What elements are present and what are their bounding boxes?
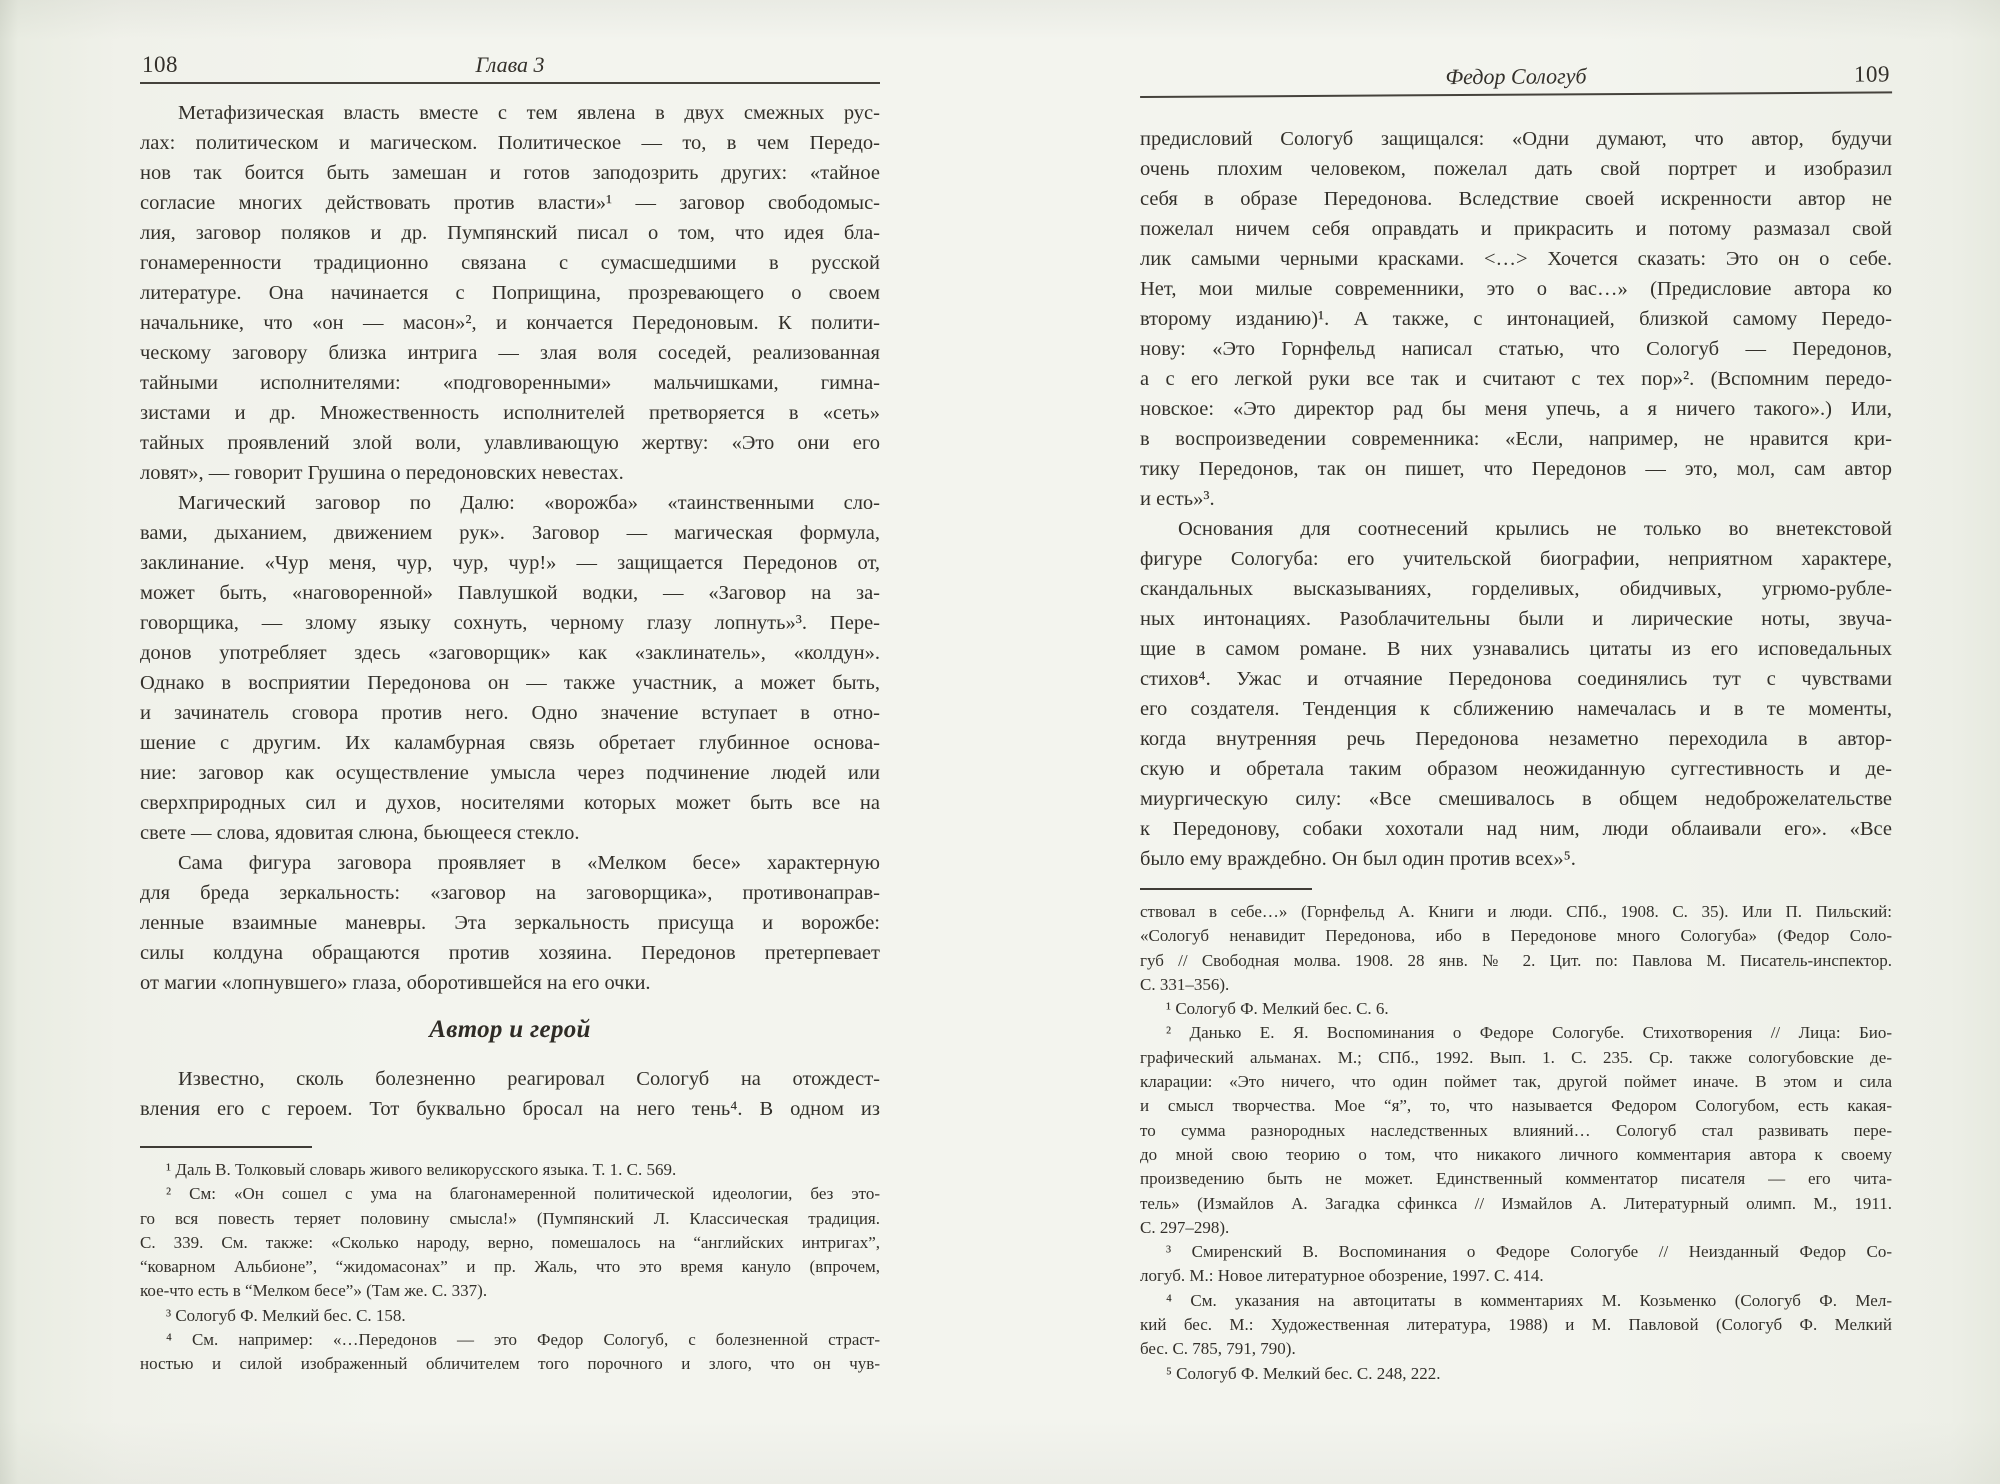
text-line: скую и обретала таким образом неожиданну… [1140, 754, 1892, 784]
text-line: С. 339. См. также: «Сколько народу, верн… [140, 1231, 880, 1255]
text-line: для бреда зеркальность: «заговор на заго… [140, 878, 880, 908]
text-line: предисловий Сологуб защищался: «Одни дум… [1140, 124, 1892, 154]
text-line: говорщика, — злому языку сохнуть, черном… [140, 608, 880, 638]
text-line: ловят», — говорит Грушина о передоновски… [140, 458, 880, 488]
text-line: «Сологуб ненавидит Передонова, ибо в Пер… [1140, 924, 1892, 948]
text-line: го вся повесть теряет половину смысла!» … [140, 1207, 880, 1231]
text-line: гонамеренности традиционно связана с сум… [140, 248, 880, 278]
text-line: кое-что есть в “Мелком бесе”» (Там же. С… [140, 1279, 880, 1303]
right-page: Федор Сологуб 109 предисловий Сологуб за… [1140, 64, 1892, 1386]
text-line: может быть, «наговоренной» Павлушкой вод… [140, 578, 880, 608]
text-line: было ему враждебно. Он был один против в… [1140, 844, 1892, 874]
text-line: щие в самом романе. В них узнавались цит… [1140, 634, 1892, 664]
text-line: “коварном Альбионе”, “жидомасонах” и пр.… [140, 1255, 880, 1279]
paragraph: Магический заговор по Далю: «ворожба» «т… [140, 488, 880, 848]
text-line: свете — слова, ядовитая слюна, бьющееся … [140, 818, 880, 848]
text-line: бес. С. 785, 791, 790). [1140, 1337, 1892, 1361]
paragraph: ⁴ См. указания на автоцитаты в комментар… [1140, 1289, 1892, 1362]
text-line: ³ Сологуб Ф. Мелкий бес. С. 158. [140, 1304, 880, 1328]
text-line: силы колдуна обращаются против хозяина. … [140, 938, 880, 968]
text-line: к Передонову, собаки хохотали над ним, л… [1140, 814, 1892, 844]
paragraph: ² См: «Он сошел с ума на благонамеренной… [140, 1182, 880, 1303]
text-line: очень плохим человеком, пожелал дать сво… [1140, 154, 1892, 184]
text-line: то сумма разнородных наследственных влия… [1140, 1119, 1892, 1143]
text-line: его создателя. Тенденция к сближению нам… [1140, 694, 1892, 724]
text-line: ¹ Даль В. Толковый словарь живого велико… [140, 1158, 880, 1182]
text-line: тайными исполнителями: «подговоренными» … [140, 368, 880, 398]
text-line: логуб. М.: Новое литературное обозрение,… [1140, 1264, 1892, 1288]
right-footnote-block: ствовал в себе…» (Горнфельд А. Книги и л… [1140, 888, 1892, 1386]
text-line: заклинание. «Чур меня, чур, чур, чур!» —… [140, 548, 880, 578]
text-line: до мной свою теорию о том, что никакого … [1140, 1143, 1892, 1167]
text-line: тайных проявлений злой воли, улавливающу… [140, 428, 880, 458]
text-line: Метафизическая власть вместе с тем явлен… [140, 98, 880, 128]
text-line: Однако в восприятии Передонова он — такж… [140, 668, 880, 698]
paragraph: ¹ Даль В. Толковый словарь живого велико… [140, 1158, 880, 1182]
left-footnotes: ¹ Даль В. Толковый словарь живого велико… [140, 1158, 880, 1377]
paragraph: ⁴ См. например: «…Передонов — это Федор … [140, 1328, 880, 1377]
text-line: ³ Смиренский В. Воспоминания о Федоре Со… [1140, 1240, 1892, 1264]
text-line: себя в образе Передонова. Вследствие сво… [1140, 184, 1892, 214]
text-line: С. 331–356). [1140, 973, 1892, 997]
text-line: ческому заговору близка интрига — злая в… [140, 338, 880, 368]
text-line: когда внутренняя речь Передонова незамет… [1140, 724, 1892, 754]
right-footnotes: ствовал в себе…» (Горнфельд А. Книги и л… [1140, 900, 1892, 1386]
text-line: стихов⁴. Ужас и отчаяние Передонова соед… [1140, 664, 1892, 694]
text-line: зистами и др. Множественность исполнител… [140, 398, 880, 428]
text-line: ⁵ Сологуб Ф. Мелкий бес. С. 248, 222. [1140, 1362, 1892, 1386]
text-line: ⁴ См. например: «…Передонов — это Федор … [140, 1328, 880, 1352]
right-page-header: Федор Сологуб 109 [1140, 59, 1892, 98]
text-line: лия, заговор поляков и др. Пумпянский пи… [140, 218, 880, 248]
text-line: пожелал ничем себя оправдать и прикрасит… [1140, 214, 1892, 244]
section-heading: Автор и герой [140, 1016, 880, 1044]
text-line: ствовал в себе…» (Горнфельд А. Книги и л… [1140, 900, 1892, 924]
text-line: и смысл творчества. Мое “я”, то, что наз… [1140, 1094, 1892, 1118]
text-line: а с его легкой руки все так и считают с … [1140, 364, 1892, 394]
text-line: скандальных высказываниях, горделивых, о… [1140, 574, 1892, 604]
left-footnote-block: ¹ Даль В. Толковый словарь живого велико… [140, 1146, 880, 1377]
text-line: ² Данько Е. Я. Воспоминания о Федоре Сол… [1140, 1021, 1892, 1045]
running-head: Глава 3 [140, 52, 880, 78]
text-line: ностью и силой изображенный обличителем … [140, 1352, 880, 1376]
text-line: кларации: «Это ничего, что один поймет т… [1140, 1070, 1892, 1094]
text-line: миургическую силу: «Все смешивалось в об… [1140, 784, 1892, 814]
left-page-header: 108 Глава 3 [140, 50, 880, 84]
text-line: Нет, мои милые современники, это о вас…»… [1140, 274, 1892, 304]
paragraph: предисловий Сологуб защищался: «Одни дум… [1140, 124, 1892, 514]
paragraph: ³ Сологуб Ф. Мелкий бес. С. 158. [140, 1304, 880, 1328]
text-line: лах: политическом и магическом. Политиче… [140, 128, 880, 158]
left-page: 108 Глава 3 Метафизическая власть вместе… [140, 50, 880, 1377]
paragraph: Основания для соотнесений крылись не тол… [1140, 514, 1892, 874]
text-line: ¹ Сологуб Ф. Мелкий бес. С. 6. [1140, 997, 1892, 1021]
text-line: фигуре Сологуба: его учительской биограф… [1140, 544, 1892, 574]
text-line: ² См: «Он сошел с ума на благонамеренной… [140, 1182, 880, 1206]
paragraph: Известно, сколь болезненно реагировал Со… [140, 1064, 880, 1124]
running-head: Федор Сологуб [1140, 61, 1892, 92]
text-line: графический альманах. М.; СПб., 1992. Вы… [1140, 1046, 1892, 1070]
text-line: тель» (Измайлов А. Загадка сфинкса // Из… [1140, 1192, 1892, 1216]
text-line: Основания для соотнесений крылись не тол… [1140, 514, 1892, 544]
text-line: лик самыми черными красками. <…> Хочется… [1140, 244, 1892, 274]
paragraph: Сама фигура заговора проявляет в «Мелком… [140, 848, 880, 998]
paragraph: ² Данько Е. Я. Воспоминания о Федоре Сол… [1140, 1021, 1892, 1240]
paragraph: ⁵ Сологуб Ф. Мелкий бес. С. 248, 222. [1140, 1362, 1892, 1386]
text-line: литературе. Она начинается с Поприщина, … [140, 278, 880, 308]
text-line: тику Передонов, так он пишет, что Передо… [1140, 454, 1892, 484]
text-line: от магии «лопнувшего» глаза, оборотившей… [140, 968, 880, 998]
footnote-separator [1140, 888, 1312, 890]
text-line: нову: «Это Горнфельд написал статью, что… [1140, 334, 1892, 364]
text-line: новское: «Это директор рад бы меня упечь… [1140, 394, 1892, 424]
text-line: ⁴ См. указания на автоцитаты в комментар… [1140, 1289, 1892, 1313]
text-line: кий бес. М.: Художественная литература, … [1140, 1313, 1892, 1337]
text-line: и зачинатель сговора против него. Одно з… [140, 698, 880, 728]
text-line: и есть»³. [1140, 484, 1892, 514]
text-line: нов так боится быть замешан и готов запо… [140, 158, 880, 188]
paragraph: ствовал в себе…» (Горнфельд А. Книги и л… [1140, 900, 1892, 997]
paragraph: ¹ Сологуб Ф. Мелкий бес. С. 6. [1140, 997, 1892, 1021]
left-page-body-after-heading: Известно, сколь болезненно реагировал Со… [140, 1064, 880, 1124]
text-line: в воспроизведении современника: «Если, н… [1140, 424, 1892, 454]
text-line: Известно, сколь болезненно реагировал Со… [140, 1064, 880, 1094]
page-number: 109 [1854, 61, 1890, 87]
text-line: согласие многих действовать против власт… [140, 188, 880, 218]
text-line: губ // Свободная молва. 1908. 28 янв. № … [1140, 949, 1892, 973]
text-line: ных интонациях. Разоблачительны были и л… [1140, 604, 1892, 634]
text-line: ленные взаимные маневры. Эта зеркальност… [140, 908, 880, 938]
text-line: сверхприродных сил и духов, носителями к… [140, 788, 880, 818]
right-page-body: предисловий Сологуб защищался: «Одни дум… [1140, 124, 1892, 874]
text-line: второму изданию)¹. А также, с интонацией… [1140, 304, 1892, 334]
left-page-body: Метафизическая власть вместе с тем явлен… [140, 98, 880, 998]
text-line: Магический заговор по Далю: «ворожба» «т… [140, 488, 880, 518]
text-line: донов употребляет здесь «заговорщик» как… [140, 638, 880, 668]
paragraph: ³ Смиренский В. Воспоминания о Федоре Со… [1140, 1240, 1892, 1289]
text-line: С. 297–298). [1140, 1216, 1892, 1240]
footnote-separator [140, 1146, 312, 1148]
text-line: Сама фигура заговора проявляет в «Мелком… [140, 848, 880, 878]
text-line: начальнике, что «он — масон»², и кончает… [140, 308, 880, 338]
paragraph: Метафизическая власть вместе с тем явлен… [140, 98, 880, 488]
text-line: вами, дыханием, движением рук». Заговор … [140, 518, 880, 548]
text-line: шение с другим. Их каламбурная связь обр… [140, 728, 880, 758]
text-line: произведению быть не может. Единственный… [1140, 1167, 1892, 1191]
text-line: вления его с героем. Тот буквально броса… [140, 1094, 880, 1124]
text-line: ние: заговор как осуществление умысла че… [140, 758, 880, 788]
